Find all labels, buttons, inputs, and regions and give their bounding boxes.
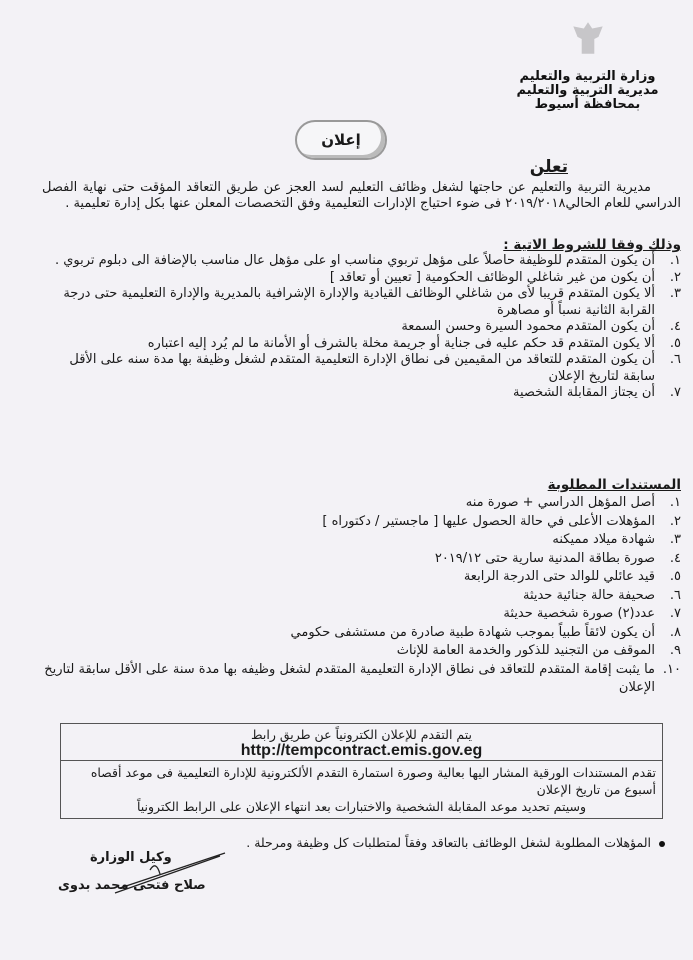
apply-online-section: يتم التقدم للإعلان الكترونياً عن طريق را… (61, 724, 662, 761)
list-item: ١.أن يكون المتقدم للوظيفة حاصلاً على مؤه… (42, 253, 681, 270)
conditions-list: ١.أن يكون المتقدم للوظيفة حاصلاً على مؤه… (42, 253, 681, 402)
list-item: ٤.صورة بطاقة المدنية سارية حتى ٢٠١٩/١٢ (42, 550, 681, 569)
application-info-box: يتم التقدم للإعلان الكترونياً عن طريق را… (60, 723, 663, 819)
list-item: ٧.أن يجتاز المقابلة الشخصية (42, 385, 681, 402)
signatory-name: صلاح فتحى محمد بدوى (58, 878, 206, 893)
list-item: ١.أصل المؤهل الدراسي + صورة منه (42, 494, 681, 513)
list-item: ٢.أن يكون من غير شاغلي الوظائف الحكومية … (42, 270, 681, 287)
directorate-name: مديرية التربية والتعليم (500, 84, 675, 98)
documents-list: ١.أصل المؤهل الدراسي + صورة منه ٢.المؤهل… (42, 494, 681, 698)
list-item: ٦.أن يكون المتقدم للتعاقد من المقيمين فى… (42, 352, 681, 385)
qualifications-note: المؤهلات المطلوبة لشغل الوظائف بالتعاقد … (246, 835, 665, 850)
list-item: ٥.قيد عائلي للوالد حتى الدرجة الرابعة (42, 568, 681, 587)
bullet-icon (659, 841, 665, 847)
documents-title: المستندات المطلوبة (548, 477, 681, 493)
list-item: ٣.شهادة ميلاد مميكنه (42, 531, 681, 550)
list-item: ١٠.ما يثبت إقامة المتقدم للتعاقد فى نطاق… (42, 661, 681, 698)
interview-text: وسيتم تحديد موعد المقابلة الشخصية والاخت… (67, 798, 656, 815)
announcement-document: وزارة التربية والتعليم مديرية التربية وا… (0, 0, 693, 960)
conditions-title: وذلك وفقا للشروط الاتية : (503, 237, 681, 253)
list-item: ٦.صحيفة حالة جنائية حديثة (42, 587, 681, 606)
list-item: ٧.عدد(٢) صورة شخصية حديثة (42, 605, 681, 624)
list-item: ٥.ألا يكون المتقدم قد حكم عليه فى جناية … (42, 336, 681, 353)
submission-instructions: تقدم المستندات الورقية المشار اليها بعال… (61, 761, 662, 818)
list-item: ٩.الموقف من التجنيد للذكور والخدمة العام… (42, 642, 681, 661)
list-item: ٣.ألا يكون المتقدم قريبا لأى من شاغلي ال… (42, 286, 681, 319)
ministry-header: وزارة التربية والتعليم مديرية التربية وا… (500, 18, 675, 112)
intro-paragraph: مديرية التربية والتعليم عن حاجتها لشغل و… (42, 180, 681, 212)
announce-heading: تعلن (530, 157, 568, 177)
submission-text: تقدم المستندات الورقية المشار اليها بعال… (67, 764, 656, 798)
eagle-emblem-icon (567, 18, 609, 60)
list-item: ٤.أن يكون المتقدم محمود السيرة وحسن السم… (42, 319, 681, 336)
apply-online-text: يتم التقدم للإعلان الكترونياً عن طريق را… (65, 727, 658, 743)
governorate-name: بمحافظة أسيوط (500, 98, 675, 112)
list-item: ٨.أن يكون لائقاً طبياً بموجب شهادة طبية … (42, 624, 681, 643)
ministry-name: وزارة التربية والتعليم (500, 70, 675, 84)
application-link[interactable]: http://tempcontract.emis.gov.eg (65, 743, 658, 759)
document-title: إعلان (295, 120, 387, 160)
list-item: ٢.المؤهلات الأعلى في حالة الحصول عليها [… (42, 513, 681, 532)
